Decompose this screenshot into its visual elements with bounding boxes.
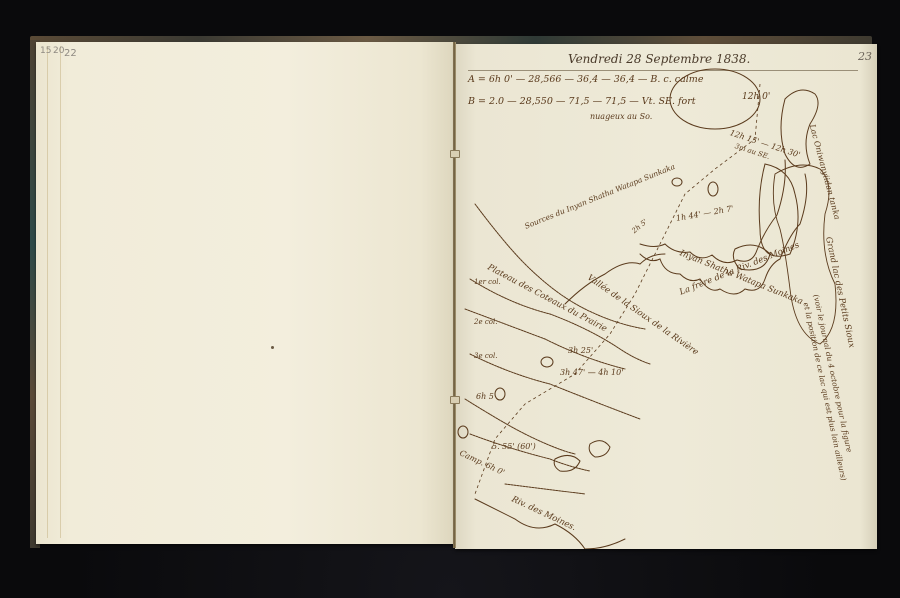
map-label-col-1: 1er col. (474, 278, 501, 286)
left-page (36, 42, 454, 544)
page-number-15: 15 (40, 46, 51, 56)
page-edge-line (47, 46, 48, 538)
map-label-time-8: 5. 55' (60') (492, 442, 536, 451)
ink-mark (271, 346, 274, 349)
river-line (475, 499, 625, 549)
map-label-col-2: 2e col. (474, 318, 497, 326)
pond-outline (554, 455, 580, 471)
page-number-20: 20 (53, 46, 64, 56)
pond-outline (708, 182, 718, 196)
map-label-col-3: 3e col. (474, 352, 497, 360)
page-number-22: 22 (64, 48, 77, 59)
page-edge-line (60, 46, 61, 538)
map-label-time-6: 3h 47' — 4h 10' (560, 368, 623, 377)
pond-outline (672, 178, 682, 186)
map-label-time-1: 12h 0' (742, 92, 770, 102)
map-label-time-7: 6h 5' (476, 392, 496, 401)
pond-outline (458, 426, 468, 438)
map-label-time-5: 3h 25' (568, 346, 593, 355)
ridge-hatch (470, 354, 640, 419)
pond-outline (589, 441, 610, 457)
pond-outline (495, 388, 505, 400)
ridge-hatch (505, 484, 585, 494)
pond-outline (541, 357, 553, 367)
